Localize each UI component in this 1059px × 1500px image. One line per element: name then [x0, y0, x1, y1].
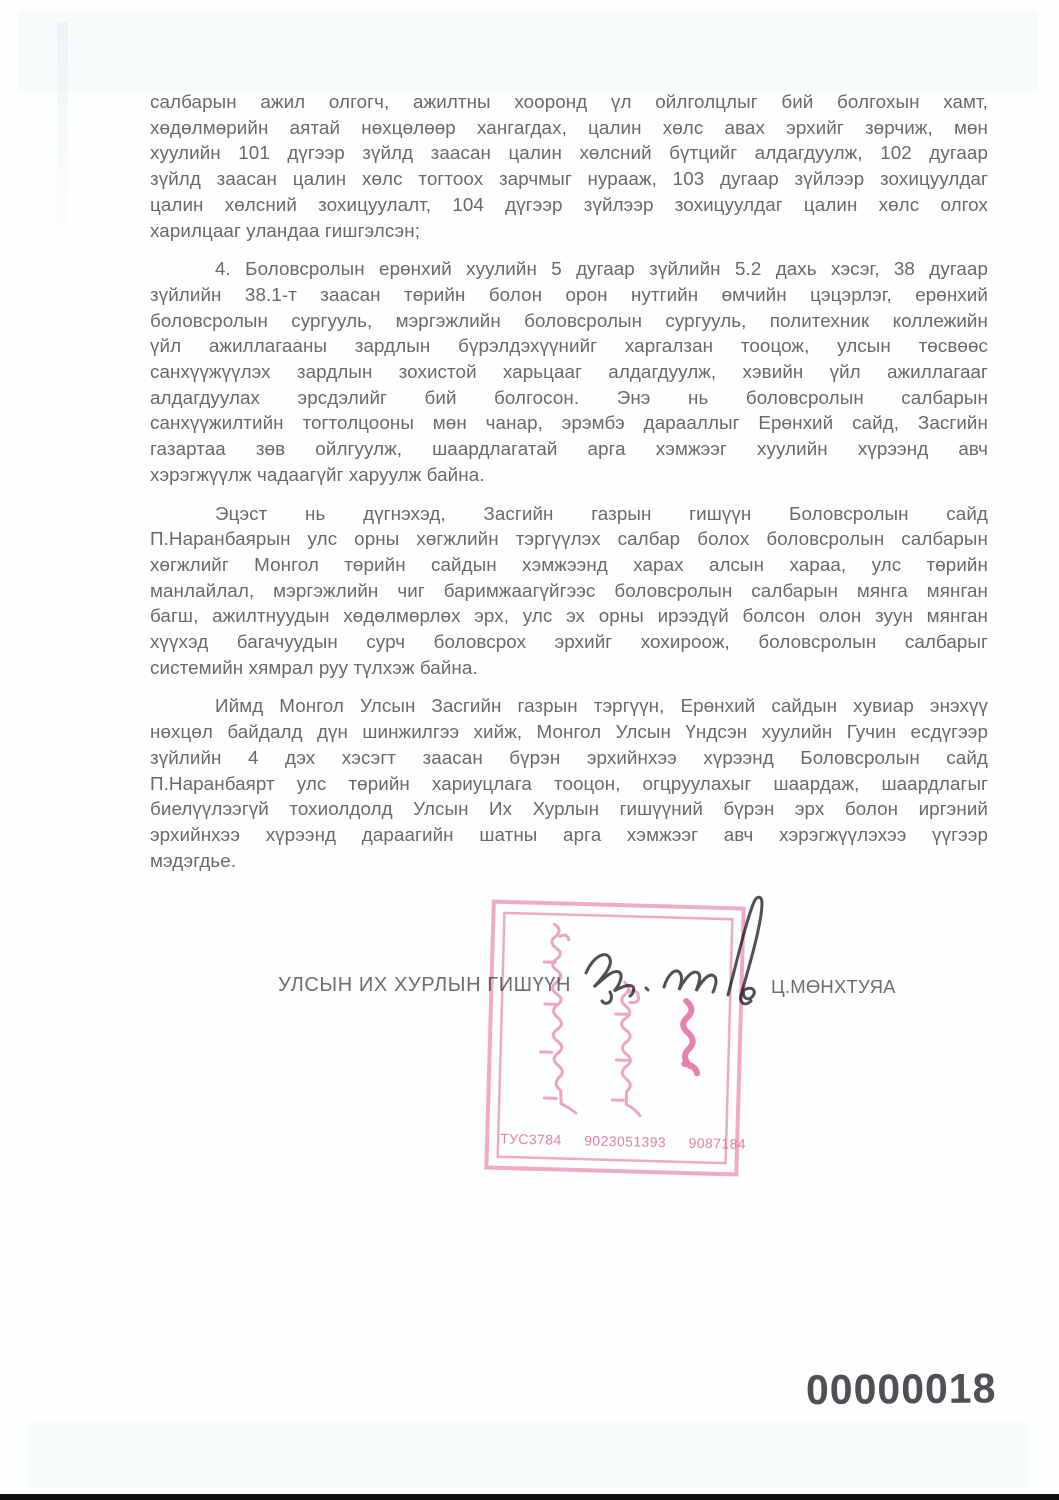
paragraph-item-4: 4. Боловсролын ерөнхий хуулийн 5 дугаар …	[150, 256, 988, 487]
text-line: манлайлал, мэргэжлийн чиг баримжаагүйгээ…	[150, 578, 988, 604]
text-line: зүйлд заасан цалин хөлс тогтоох зарчмыг …	[150, 166, 988, 192]
text-line: үйл ажиллагааны зардлын бүрэлдэхүүнийг х…	[150, 333, 988, 359]
text-line: хөгжлийг Монгол төрийн сайдын хэмжээнд х…	[150, 552, 988, 578]
text-line: мэдэгдье.	[150, 848, 988, 874]
paragraph-continuation: салбарын ажил олгогч, ажилтны хооронд үл…	[150, 89, 988, 243]
text-line: Эцэст нь дүгнэхэд, Засгийн газрын гишүүн…	[150, 501, 988, 527]
text-line: нөхцөл байдалд дүн шинжилгээ хийж, Монго…	[150, 719, 988, 745]
bates-page-number: 00000018	[806, 1365, 997, 1415]
text-line: эрхийнхээ хүрээнд дараагийн шатны арга х…	[150, 822, 988, 848]
text-line: хүүхэд багачуудын сурч боловсрох эрхийг …	[150, 629, 988, 655]
text-line: цалин хөлсний зохицуулалт, 104 дүгээр зү…	[150, 192, 988, 218]
handwritten-signature	[576, 893, 796, 1018]
text-line: П.Наранбаярт улс төрийн хариуцлага тооцо…	[150, 771, 988, 797]
text-line: санхүүжилтийн тогтолцооны мөн чанар, эрэ…	[150, 410, 988, 436]
text-line: зүйлийн 38.1-т заасан төрийн болон орон …	[150, 282, 988, 308]
text-line: алдагдуулах эрсдэлийг бий болгосон. Энэ …	[150, 385, 988, 411]
paragraph-conclusion: Эцэст нь дүгнэхэд, Засгийн газрын гишүүн…	[150, 501, 988, 681]
text-line: 4. Боловсролын ерөнхий хуулийн 5 дугаар …	[150, 256, 988, 282]
text-line: багш, ажилтнуудын хөдөлмөрлөх эрх, улс э…	[150, 603, 988, 629]
text-line: газартаа зөв ойлгуулж, шаардлагатай арга…	[150, 436, 988, 462]
text-line: боловсролын сургууль, мэргэжлийн боловср…	[150, 308, 988, 334]
text-line: хэрэгжүүлж чадаагүйг харуулж байна.	[150, 462, 988, 488]
text-line: Иймд Монгол Улсын Засгийн газрын тэргүүн…	[150, 693, 988, 719]
scanner-tint-top	[18, 10, 1038, 92]
text-line: биелүүлээгүй тохиолдолд Улсын Их Хурлын …	[150, 796, 988, 822]
signature-strokes	[586, 897, 762, 1004]
document-body: салбарын ажил олгогч, ажилтны хооронд үл…	[150, 89, 988, 886]
text-line: хуулийн 101 дүгээр зүйлд заасан цалин хө…	[150, 140, 988, 166]
paragraph-demand: Иймд Монгол Улсын Засгийн газрын тэргүүн…	[150, 693, 988, 873]
text-line: санхүүжүүлэх зардлын зохистой харьцааг а…	[150, 359, 988, 385]
text-line: системийн хямрал руу түлхэж байна.	[150, 655, 988, 681]
text-line: хөдөлмөрийн аятай нөхцөлөөр хангагдах, ц…	[150, 115, 988, 141]
text-line: салбарын ажил олгогч, ажилтны хооронд үл…	[150, 89, 988, 115]
text-line: П.Наранбаярын улс орны хөгжлийн тэргүүлэ…	[150, 526, 988, 552]
scanner-streak	[57, 22, 68, 257]
text-line: зүйлийн 4 дэх хэсэгт заасан бүрэн эрхийн…	[150, 745, 988, 771]
scan-bottom-edge	[0, 1494, 1059, 1500]
text-line: харилцааг уландаа гишгэлсэн;	[150, 218, 988, 244]
scanner-tint-bottom	[28, 1422, 1028, 1488]
